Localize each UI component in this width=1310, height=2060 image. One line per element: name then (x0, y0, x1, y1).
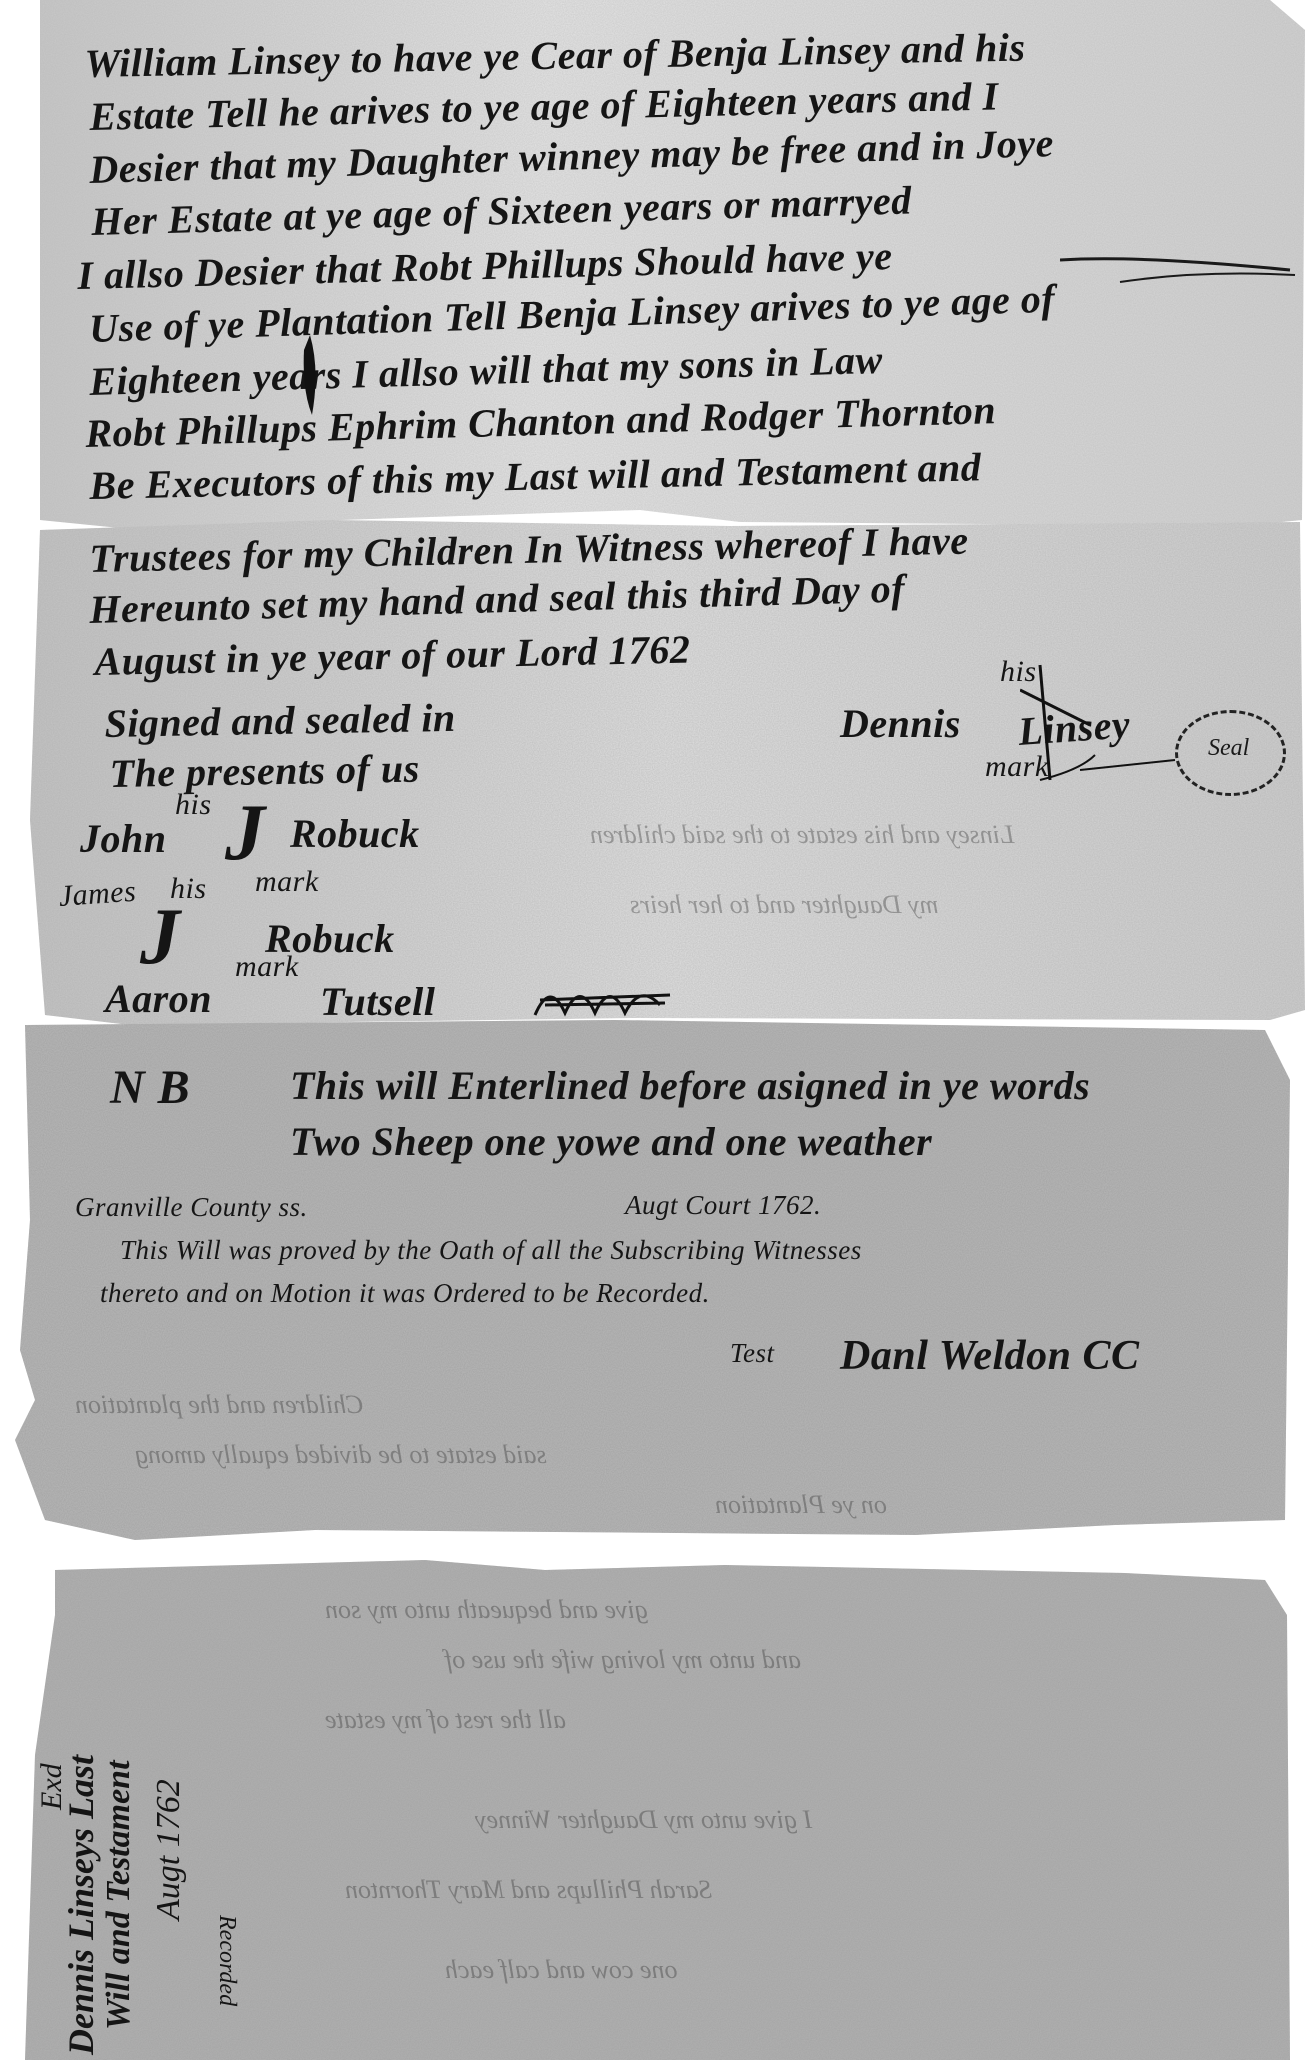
witness-mark: mark (255, 865, 319, 899)
document-section-3: N B This will Enterlined before asigned … (15, 1020, 1295, 1545)
interlineation-note-line-2: Two Sheep one yowe and one weather (290, 1118, 932, 1165)
bleed-through-text: give and bequeath unto my son (325, 1595, 648, 1625)
scribbled-out-mark (530, 975, 680, 1025)
flourish-line (1060, 230, 1300, 290)
document-section-1: William Linsey to have ye Cear of Benja … (40, 0, 1305, 530)
document-section-2: Trustees for my Children In Witness wher… (30, 520, 1305, 1025)
witness-last-name: Tutsell (320, 978, 435, 1025)
endorsement-date: Augt 1762 (150, 1779, 188, 1920)
bleed-through-text: said estate to be divided equally among (135, 1440, 547, 1470)
witness-first-name: John (80, 815, 167, 862)
bleed-through-text: I give unto my Daughter Winney (475, 1805, 812, 1835)
document-section-4: Exd Dennis Linseys Last Will and Testame… (25, 1555, 1295, 2060)
bleed-through-text: one cow and calf each (445, 1955, 678, 1985)
bleed-through-text: Sarah Phillups and Mary Thornton (345, 1875, 712, 1905)
witness-first-name: James (58, 875, 138, 914)
wax-seal-icon: Seal (1175, 710, 1286, 796)
seal-connector (1080, 740, 1180, 780)
testator-first-name: Dennis (840, 700, 961, 747)
seal-label: Seal (1208, 735, 1249, 762)
witness-his: his (175, 788, 212, 822)
teste-label: Test (730, 1338, 775, 1369)
probate-line-1: This Will was proved by the Oath of all … (120, 1235, 862, 1266)
witness-mark-glyph: J (140, 892, 181, 983)
endorsement-line-1: Dennis Linseys Last (60, 1755, 102, 2055)
witness-last-name: Robuck (290, 810, 420, 857)
bleed-through-text: all the rest of my estate (325, 1705, 566, 1735)
witness-mark: mark (235, 950, 299, 984)
endorsement-recorded: Recorded (213, 1915, 240, 2006)
bleed-through-text: my Daughter and to her heirs (630, 890, 938, 920)
bleed-through-text: and unto my loving wife the use of (445, 1645, 801, 1675)
signed-line: Signed and sealed in (104, 694, 456, 747)
probate-line-2: thereto and on Motion it was Ordered to … (100, 1278, 710, 1309)
ink-blot (290, 330, 330, 420)
court-session: Augt Court 1762. (625, 1190, 821, 1221)
bleed-through-text: on ye Plantation (715, 1490, 887, 1520)
endorsement-line-2: Will and Testament (100, 1760, 138, 2030)
bleed-through-text: Children and the plantation (75, 1390, 364, 1420)
bleed-through-text: Linsey and his estate to the said childr… (590, 820, 1014, 850)
court-county: Granville County ss. (75, 1192, 308, 1223)
witness-first-name: Aaron (105, 975, 212, 1022)
clerk-signature: Danl Weldon CC (840, 1332, 1140, 1380)
nb-label: N B (110, 1060, 190, 1115)
interlineation-note-line-1: This will Enterlined before asigned in y… (290, 1062, 1090, 1109)
